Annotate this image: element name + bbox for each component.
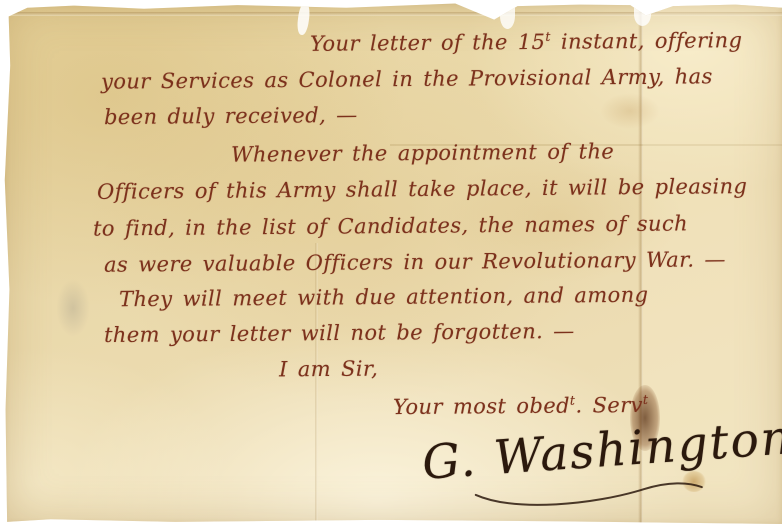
letter-line-9: them your letter will not be forgotten. … bbox=[104, 319, 575, 347]
letter-line-6: to find, in the list of Candidates, the … bbox=[93, 211, 688, 240]
paper-tear bbox=[296, 2, 311, 35]
letter-line-5: Officers of this Army shall take place, … bbox=[97, 174, 748, 204]
paper-tear bbox=[634, 3, 651, 26]
letter-line-1-text-cont: instant, offering bbox=[551, 28, 743, 54]
letter-closing-obedient-servant: Your most obedt. Servt bbox=[393, 392, 649, 419]
letter-line-4: Whenever the appointment of the bbox=[231, 139, 614, 166]
letter-line-1: Your letter of the 15t instant, offering bbox=[310, 27, 743, 56]
letter-paper: Your letter of the 15t instant, offering… bbox=[4, 3, 782, 524]
letter-closing-i-am-sir: I am Sir, bbox=[279, 357, 378, 382]
fold-stain bbox=[600, 93, 660, 129]
paper-tear bbox=[500, 3, 515, 29]
letter-line-8: They will meet with due attention, and a… bbox=[119, 283, 649, 312]
letter-line-3: been duly received, — bbox=[104, 103, 358, 129]
closing-text-cont: . Serv bbox=[575, 393, 643, 418]
top-fold-crease bbox=[4, 12, 782, 16]
letter-line-2: your Services as Colonel in the Provisio… bbox=[101, 64, 713, 93]
smudge-mark bbox=[56, 279, 90, 337]
closing-text: Your most obed bbox=[393, 394, 570, 420]
letter-line-7: as were valuable Officers in our Revolut… bbox=[104, 247, 726, 276]
letter-line-1-text: Your letter of the 15 bbox=[310, 30, 546, 56]
photographed-letter-scene: Your letter of the 15t instant, offering… bbox=[0, 0, 782, 528]
superscript-t: t bbox=[643, 392, 649, 407]
signature-g-washington: G. Washington bbox=[421, 410, 782, 491]
